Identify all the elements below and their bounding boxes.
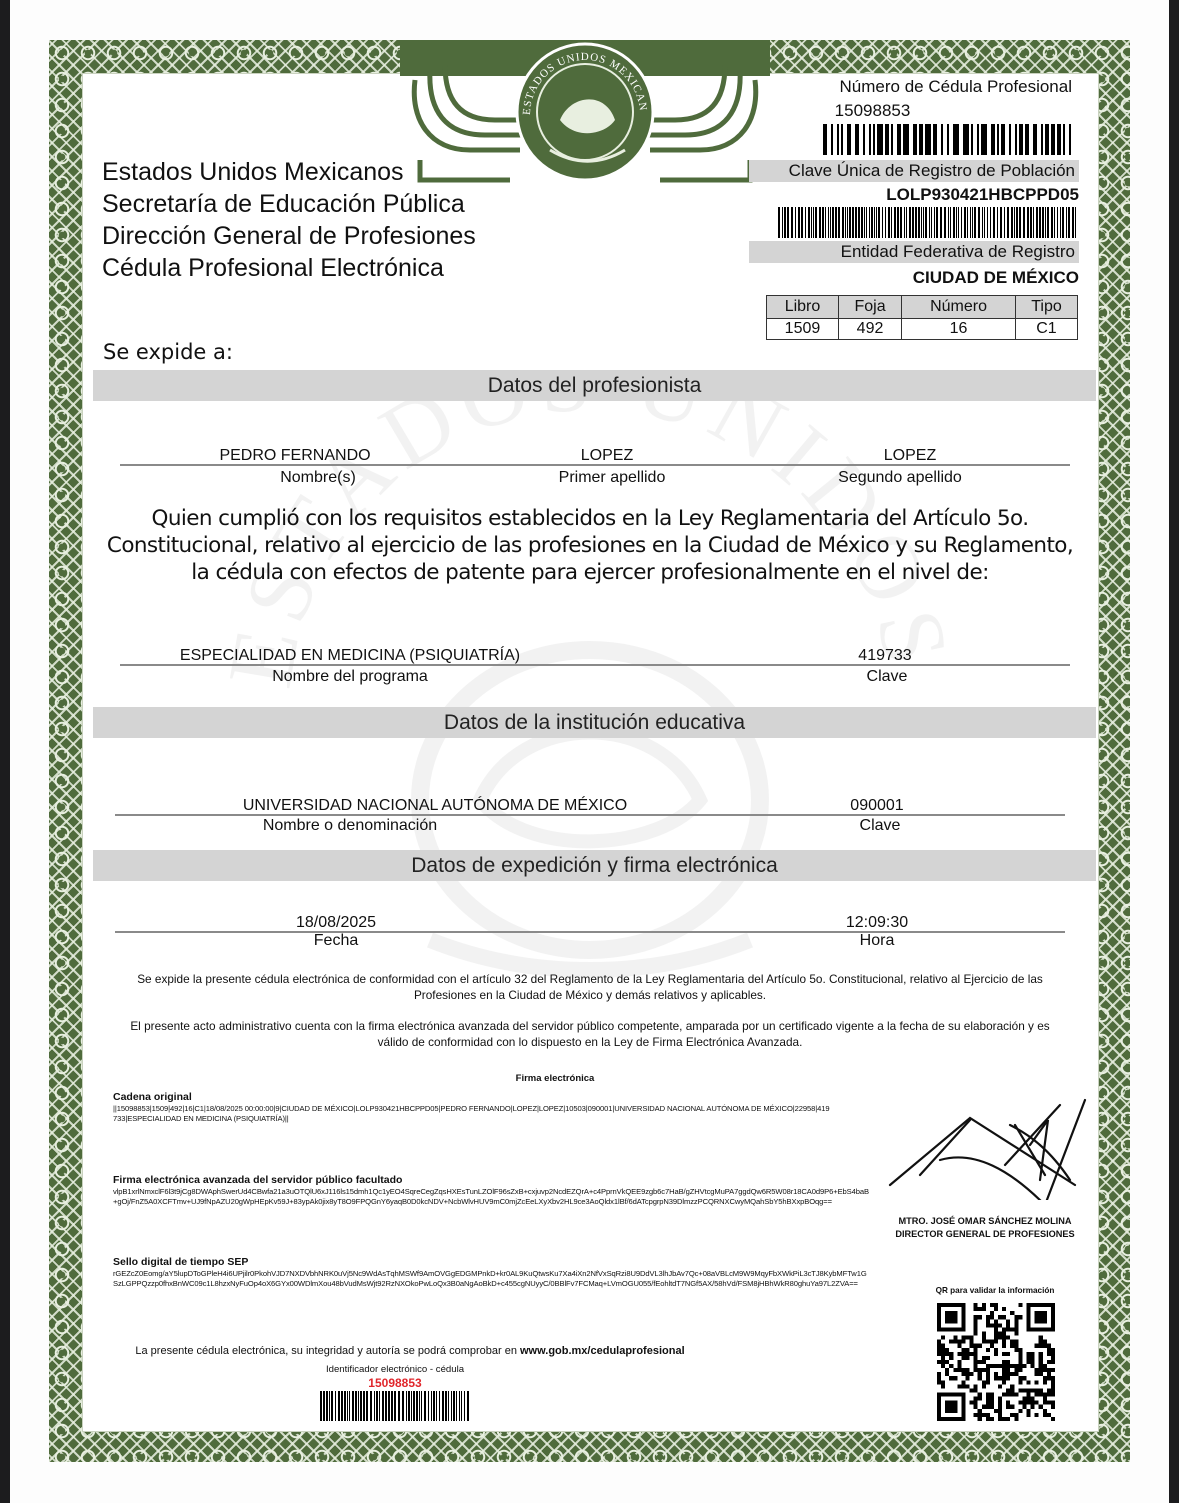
- cell-tipo: C1: [1015, 319, 1077, 340]
- curp-label: Clave Única de Registro de Población: [749, 160, 1079, 182]
- signatory-block: MTRO. JOSÉ OMAR SÁNCHEZ MOLINA DIRECTOR …: [880, 1215, 1090, 1241]
- firma-value: vlpB1xrlNmxclF6l3t9jCg8DWAphSwerUd4CBwfa…: [113, 1187, 871, 1206]
- legal-text-signature: El presente acto administrativo cuenta c…: [130, 1018, 1050, 1050]
- legal-statement: Quien cumplió con los requisitos estable…: [90, 505, 1090, 586]
- header-line-country: Estados Unidos Mexicanos: [102, 156, 476, 188]
- issuer-header: Estados Unidos Mexicanos Secretaría de E…: [102, 156, 476, 284]
- section-expedicion: Datos de expedición y firma electrónica: [93, 850, 1096, 881]
- sello-label: Sello digital de tiempo SEP: [113, 1256, 248, 1268]
- firma-heading: Firma electrónica: [460, 1073, 650, 1084]
- institucion-clave-value: 090001: [777, 797, 977, 815]
- statement-line: Quien cumplió con los requisitos estable…: [90, 505, 1090, 532]
- signatory-title: DIRECTOR GENERAL DE PROFESIONES: [880, 1228, 1090, 1241]
- cadena-label: Cadena original: [113, 1091, 192, 1103]
- col-header-tipo: Tipo: [1015, 296, 1077, 319]
- programa-label: Nombre del programa: [200, 668, 500, 686]
- verify-sentence: La presente cédula electrónica, su integ…: [135, 1345, 520, 1357]
- programa-clave-label: Clave: [787, 668, 987, 686]
- hora-label: Hora: [777, 932, 977, 950]
- cell-foja: 492: [838, 319, 901, 340]
- nombre-label: Nombre(s): [143, 469, 493, 487]
- header-line-ministry: Secretaría de Educación Pública: [102, 188, 476, 220]
- verify-url-link[interactable]: www.gob.mx/cedulaprofesional: [520, 1345, 685, 1357]
- signatory-name: MTRO. JOSÉ OMAR SÁNCHEZ MOLINA: [880, 1215, 1090, 1228]
- institucion-label: Nombre o denominación: [200, 817, 500, 835]
- statement-line: Constitucional, relativo al ejercicio de…: [90, 532, 1090, 559]
- hora-value: 12:09:30: [777, 914, 977, 932]
- programa-clave-value: 419733: [785, 647, 985, 665]
- curp-value: LOLP930421HBCPPD05: [749, 185, 1079, 205]
- handwritten-signature-icon: [880, 1090, 1090, 1200]
- verify-text: La presente cédula electrónica, su integ…: [100, 1345, 720, 1357]
- primer-apellido-value: LOPEZ: [457, 447, 757, 465]
- section-profesionista: Datos del profesionista: [93, 370, 1096, 401]
- divider-line: [120, 464, 1070, 466]
- entidad-value: CIUDAD DE MÉXICO: [749, 268, 1079, 288]
- segundo-apellido-value: LOPEZ: [760, 447, 1060, 465]
- header-line-directorate: Dirección General de Profesiones: [102, 220, 476, 252]
- institucion-value: UNIVERSIDAD NACIONAL AUTÓNOMA DE MÉXICO: [180, 797, 690, 815]
- firma-label: Firma electrónica avanzada del servidor …: [113, 1174, 402, 1186]
- primer-apellido-label: Primer apellido: [462, 469, 762, 487]
- id-value: 15098853: [290, 1376, 500, 1390]
- cedula-number: 15098853: [670, 101, 1075, 121]
- section-institucion: Datos de la institución educativa: [93, 707, 1096, 738]
- cell-libro: 1509: [767, 319, 839, 340]
- header-line-doc-type: Cédula Profesional Electrónica: [102, 252, 476, 284]
- divider-line: [115, 814, 1065, 816]
- col-header-libro: Libro: [767, 296, 839, 319]
- qr-code-icon[interactable]: [935, 1303, 1057, 1421]
- se-expide-label: Se expide a:: [103, 340, 233, 364]
- curp-barcode: [778, 207, 1078, 238]
- programa-value: ESPECIALIDAD EN MEDICINA (PSIQUIATRÍA): [120, 647, 580, 665]
- cedula-label: Número de Cédula Profesional: [780, 77, 1072, 97]
- fecha-label: Fecha: [236, 932, 436, 950]
- sello-value: rGEZcZ0Eomg/aY5lupDToGPleH4i6UPjilr0Pkoh…: [113, 1269, 871, 1288]
- cell-numero: 16: [902, 319, 1016, 340]
- registro-table: Libro Foja Número Tipo 1509 492 16 C1: [766, 295, 1078, 340]
- col-header-foja: Foja: [838, 296, 901, 319]
- legal-text-issuance: Se expide la presente cédula electrónica…: [110, 971, 1070, 1003]
- institucion-clave-label: Clave: [780, 817, 980, 835]
- cadena-original: ||15098853|1509|492|16|C1|18/08/2025 00:…: [113, 1104, 833, 1123]
- segundo-apellido-label: Segundo apellido: [750, 469, 1050, 487]
- qr-label: QR para validar la información: [900, 1286, 1090, 1295]
- cedula-barcode: [823, 124, 1078, 155]
- id-barcode: [320, 1391, 470, 1421]
- col-header-numero: Número: [902, 296, 1016, 319]
- entidad-label: Entidad Federativa de Registro: [749, 241, 1079, 263]
- id-label: Identificador electrónico - cédula: [290, 1364, 500, 1375]
- divider-line: [120, 664, 1070, 666]
- nombre-value: PEDRO FERNANDO: [120, 447, 470, 465]
- fecha-value: 18/08/2025: [236, 914, 436, 932]
- statement-line: la cédula con efectos de patente para ej…: [90, 559, 1090, 586]
